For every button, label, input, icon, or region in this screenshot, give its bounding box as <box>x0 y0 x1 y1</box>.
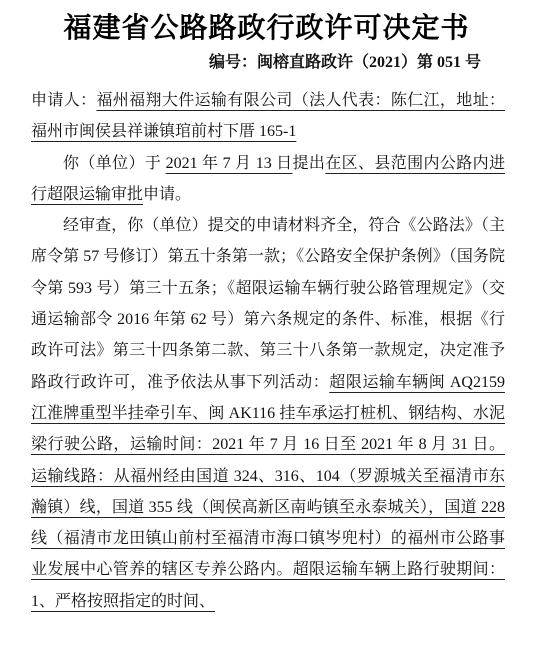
underlined-text-segment: 2021 年 7 月 13 日 <box>166 155 293 172</box>
document-body: 申请人：福州福翔大件运输有限公司（法人代表：陈仁江，地址：福州市闽侯县祥谦镇琯前… <box>0 85 533 617</box>
document-number-value: 闽榕直路政许（2021）第 051 号 <box>257 54 481 71</box>
document-number-line: 编号：闽榕直路政许（2021）第 051 号 <box>0 52 533 73</box>
underlined-text-segment: 福州福翔大件运输有限公司（法人代表：陈仁江，地址：福州市闽侯县祥谦镇琯前村下厝 … <box>31 92 505 140</box>
document-number-label: 编号： <box>209 54 257 71</box>
text-segment: 经审查，你（单位）提交的申请材料齐全，符合《公路法》（主席令第 57 号修订）第… <box>31 217 505 390</box>
text-segment: 申请人： <box>31 92 96 109</box>
text-segment: 你（单位）于 <box>63 155 166 172</box>
paragraph: 你（单位）于 2021 年 7 月 13 日提出在区、县范围内公路内进行超限运输… <box>31 148 505 211</box>
paragraph: 经审查，你（单位）提交的申请材料齐全，符合《公路法》（主席令第 57 号修订）第… <box>31 210 505 617</box>
paragraph: 申请人：福州福翔大件运输有限公司（法人代表：陈仁江，地址：福州市闽侯县祥谦镇琯前… <box>31 85 505 148</box>
document-title: 福建省公路路政行政许可决定书 <box>0 10 533 47</box>
text-segment: 提出 <box>293 155 326 172</box>
license-document-page: 福建省公路路政行政许可决定书 编号：闽榕直路政许（2021）第 051 号 申请… <box>0 0 533 660</box>
underlined-text-segment: 超限运输车辆闽 AQ2159 江淮牌重型半挂牵引车、闽 AK116 挂车承运打桩… <box>31 374 505 610</box>
text-segment: 申请。 <box>143 186 191 203</box>
